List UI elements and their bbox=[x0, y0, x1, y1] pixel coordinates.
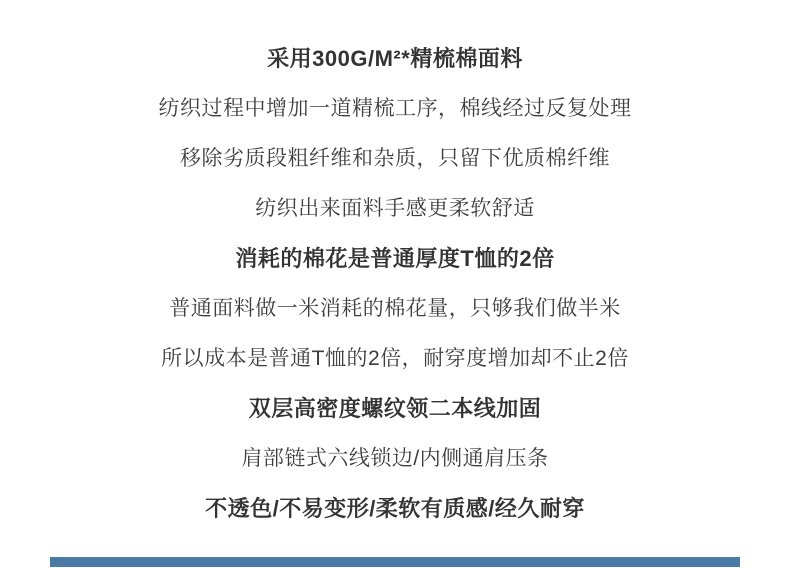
product-description-panel: 采用300G/M²*精梳棉面料 纺织过程中增加一道精梳工序，棉线经过反复处理 移… bbox=[0, 0, 790, 568]
fabric-headline: 采用300G/M²*精梳棉面料 bbox=[0, 34, 790, 84]
description-line: 普通面料做一米消耗的棉花量，只够我们做半米 bbox=[0, 284, 790, 334]
description-line: 移除劣质段粗纤维和杂质，只留下优质棉纤维 bbox=[0, 134, 790, 184]
description-line: 纺织出来面料手感更柔软舒适 bbox=[0, 184, 790, 234]
description-line: 纺织过程中增加一道精梳工序，棉线经过反复处理 bbox=[0, 84, 790, 134]
cotton-usage-headline: 消耗的棉花是普通厚度T恤的2倍 bbox=[0, 234, 790, 284]
description-text-stack: 采用300G/M²*精梳棉面料 纺织过程中增加一道精梳工序，棉线经过反复处理 移… bbox=[0, 34, 790, 534]
description-line: 肩部链式六线锁边/内侧通肩压条 bbox=[0, 434, 790, 484]
description-line: 所以成本是普通T恤的2倍，耐穿度增加却不止2倍 bbox=[0, 334, 790, 384]
section-divider-bar bbox=[50, 557, 740, 567]
collar-headline: 双层高密度螺纹领二本线加固 bbox=[0, 384, 790, 434]
quality-summary-headline: 不透色/不易变形/柔软有质感/经久耐穿 bbox=[0, 484, 790, 534]
